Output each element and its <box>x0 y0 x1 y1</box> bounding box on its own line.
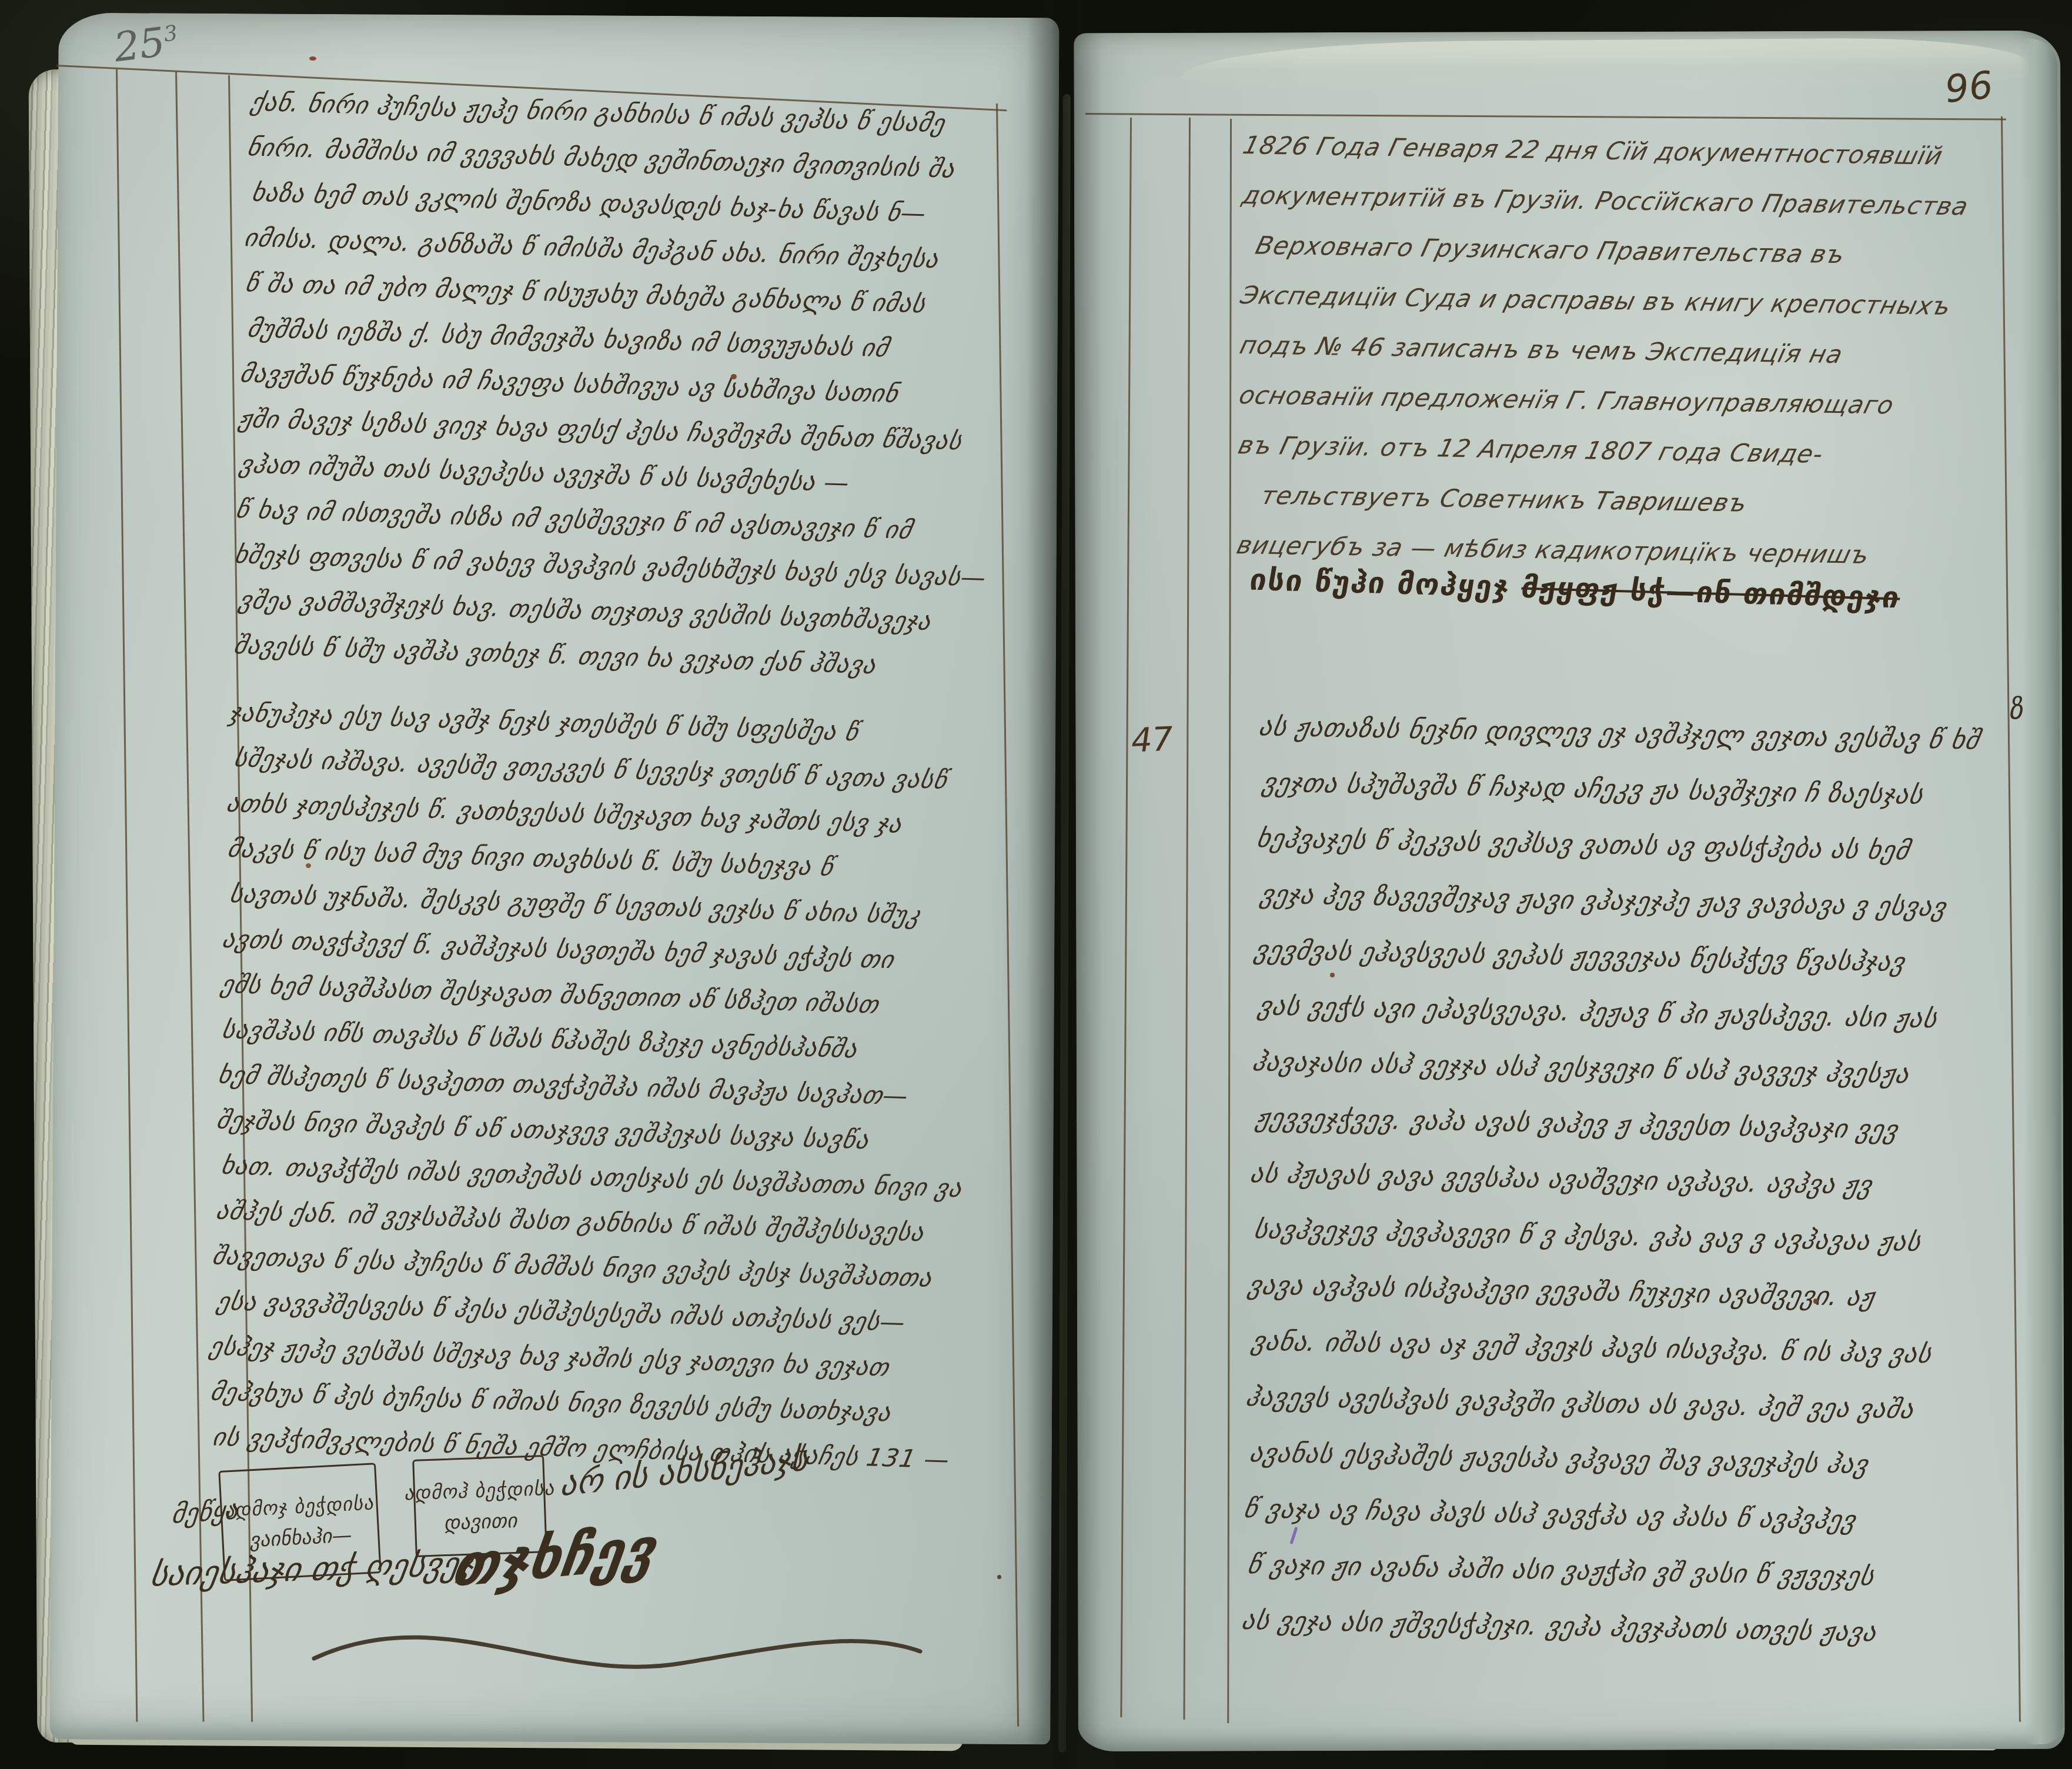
fox-spot <box>1330 973 1335 977</box>
russian-attestation-block: 1826 Года Генваря 22 дня Сїй документнос… <box>1231 120 2020 582</box>
seal-1-line-1: ადმოჯ ბეჭდისა <box>223 1491 374 1521</box>
georgian-text-block-right: ას ჟათაზას ნეჯნი დივლევ ეჯ ავშჰჯელ ვეჯთა… <box>1236 699 2019 1663</box>
seal-1-line-2: ვაინხაჰი— <box>249 1523 352 1552</box>
fox-spot <box>309 56 316 61</box>
signature-swash-stroke <box>306 1588 929 1700</box>
page-right-rough-edge <box>2020 39 2063 1744</box>
folio-number-left: 253 <box>112 18 181 72</box>
page-number-right: 96 <box>1943 64 1995 112</box>
georgian-heading-part1: ისი წუჰი მოჰყეჯ <box>1247 563 1513 604</box>
fox-spot <box>306 863 311 868</box>
binding-fold-line <box>1058 94 1070 1753</box>
folio-superscript: 3 <box>162 21 179 46</box>
fox-spot <box>1813 1299 1818 1304</box>
margin-entry-number: 47 <box>1130 720 1174 760</box>
seal-2-line-1: ადმოჰ ბეჭდისა <box>403 1476 554 1504</box>
fox-spot <box>731 374 737 379</box>
georgian-text-block-left: ქან. ნირი ჰუჩესა ჟეჰე ნირი განხისა წ იმა… <box>202 79 1018 1483</box>
fox-spot <box>997 1575 1001 1579</box>
